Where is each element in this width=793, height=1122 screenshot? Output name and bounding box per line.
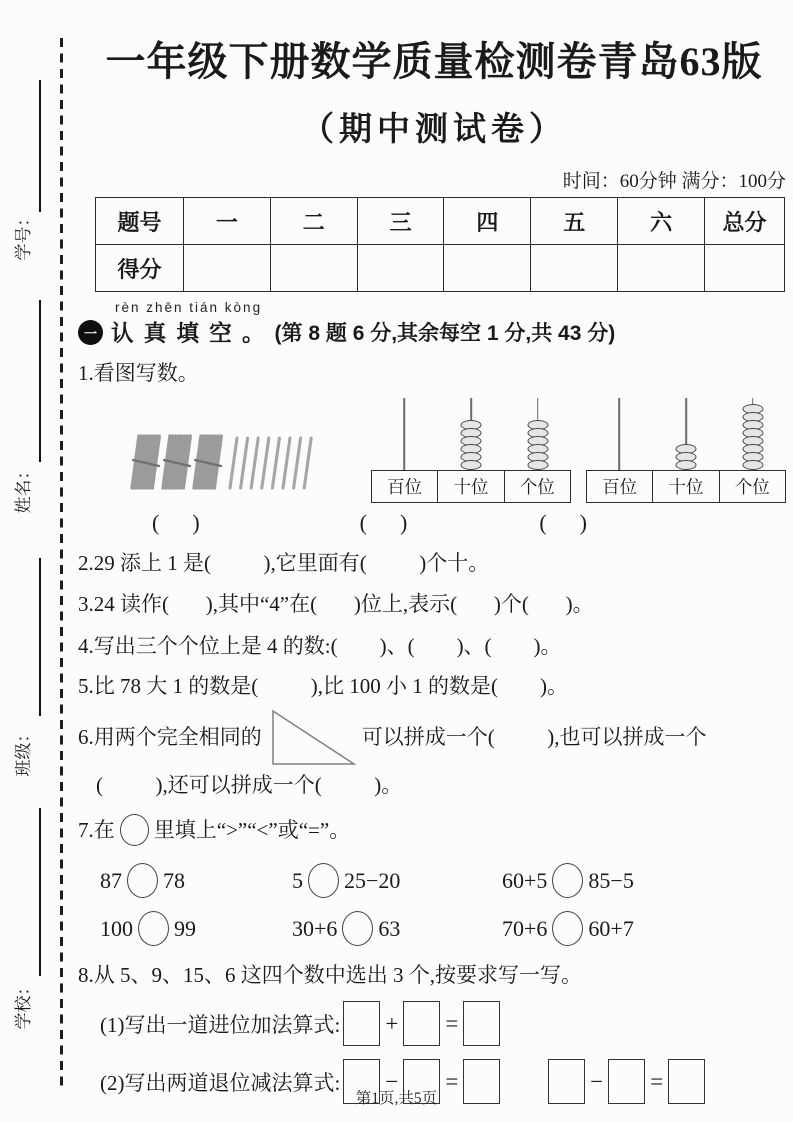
question-5-text: 5.比 78 大 1 的数是( ),比 100 小 1 的数是( )。 [78, 674, 790, 699]
comparison-item: 10099 [100, 911, 292, 946]
compare-circle[interactable] [342, 911, 373, 946]
score-entry-cell[interactable] [357, 245, 444, 292]
question-6-line-1: 6.用两个完全相同的 可以拼成一个( ),也可以拼成一个 [78, 707, 790, 769]
score-table: 题号一二三四五六总分得分 [95, 197, 785, 292]
score-entry-cell[interactable] [531, 245, 618, 292]
abacus-figure-2: 百位十位个位 [586, 398, 786, 503]
question-2-text: 2.29 添上 1 是( ),它里面有( )个十。 [78, 551, 790, 576]
comparison-right-value: 25−20 [344, 868, 400, 894]
comparison-item: 30+663 [292, 911, 502, 946]
comparison-left-value: 30+6 [292, 916, 337, 942]
score-table-column-header: 总分 [705, 198, 785, 245]
comparison-right-value: 85−5 [588, 868, 633, 894]
comparison-left-value: 5 [292, 868, 303, 894]
comparison-item: 525−20 [292, 863, 502, 898]
question-7-tail: 里填上“>”“<”或“=”。 [154, 818, 350, 843]
abacus-rod-tens [653, 398, 720, 470]
score-table-column-header: 四 [444, 198, 531, 245]
paper-subtitle: （期中测试卷） [78, 103, 790, 150]
school-label: 学校： [13, 967, 35, 1041]
abacus-rod-hundreds [586, 398, 653, 470]
margin-dashed-divider [60, 38, 63, 1090]
question-8-sub-1: (1)写出一道进位加法算式: += [100, 1001, 790, 1046]
page-number: 第1页,共5页 [0, 1086, 793, 1108]
abacus-place-label: 个位 [719, 471, 785, 502]
question-6-line-2: ( ),还可以拼成一个( )。 [96, 773, 790, 798]
abacus-rod-tens [438, 398, 505, 470]
class-blank-line[interactable] [39, 558, 41, 716]
name-label: 姓名： [13, 451, 35, 525]
paper-title: 一年级下册数学质量检测卷青岛63版 [78, 30, 790, 87]
time-and-score-info: 时间：60分钟 满分：100分 [78, 166, 790, 193]
section-1-score-note: (第 8 题 6 分,其余每空 1 分,共 43 分) [275, 317, 616, 347]
comparison-item: 70+660+7 [502, 911, 790, 946]
score-entry-cell[interactable] [270, 245, 357, 292]
comparison-left-value: 87 [100, 868, 122, 894]
comparison-right-value: 78 [163, 868, 185, 894]
compare-circle [120, 814, 149, 846]
triangle-icon [266, 707, 358, 769]
score-table-corner: 题号 [96, 198, 184, 245]
abacus-rod-line [404, 398, 406, 470]
question-1-answer-blanks: ( ) ( ) ( ) [78, 510, 790, 536]
comparison-left-value: 70+6 [502, 916, 547, 942]
answer-blank[interactable]: ( ) [152, 510, 200, 536]
abacus-rod-ones [504, 398, 571, 470]
comparison-right-value: 99 [174, 916, 196, 942]
sticks-icon [128, 426, 314, 498]
abacus-place-label: 个位 [504, 471, 570, 502]
score-table-column-header: 六 [618, 198, 705, 245]
score-entry-cell[interactable] [705, 245, 785, 292]
stick-bundles-figure [128, 426, 314, 503]
score-entry-cell[interactable] [184, 245, 271, 292]
question-1-text: 1.看图写数。 [78, 361, 790, 386]
compare-circle[interactable] [552, 863, 583, 898]
student-id-label: 学号： [13, 198, 35, 272]
score-entry-cell[interactable] [618, 245, 705, 292]
comparison-item: 60+585−5 [502, 863, 790, 898]
score-table-column-header: 三 [357, 198, 444, 245]
question-3-text: 3.24 读作( ),其中“4”在( )位上,表示( )个( )。 [78, 592, 790, 617]
compare-circle[interactable] [552, 911, 583, 946]
answer-box[interactable] [403, 1001, 440, 1046]
abacus-rod-hundreds [371, 398, 438, 470]
section-number-icon: 一 [78, 320, 103, 345]
class-label: 班级： [13, 714, 35, 788]
name-blank-line[interactable] [39, 300, 41, 462]
abacus-place-label: 十位 [652, 471, 718, 502]
comparison-item: 8778 [100, 863, 292, 898]
score-table-column-header: 五 [531, 198, 618, 245]
plus-sign: + [385, 1011, 398, 1037]
abacus-bead [460, 460, 481, 470]
abacus-place-label: 十位 [437, 471, 503, 502]
question-7-text: 7.在 里填上“>”“<”或“=”。 [78, 814, 790, 846]
paper-main-column: 一年级下册数学质量检测卷青岛63版 （期中测试卷） 时间：60分钟 满分：100… [78, 0, 790, 1104]
score-row-label: 得分 [96, 245, 184, 292]
question-8-sub-1-label: (1)写出一道进位加法算式: [100, 1009, 340, 1039]
question-8-text: 8.从 5、9、15、6 这四个数中选出 3 个,按要求写一写。 [78, 963, 790, 988]
question-4-text: 4.写出三个个位上是 4 的数:( )、( )、( )。 [78, 634, 790, 659]
abacus-place-label: 百位 [372, 471, 437, 502]
comparison-right-value: 60+7 [588, 916, 633, 942]
answer-blank[interactable]: ( ) [360, 510, 408, 536]
question-7-comparison-grid: 8778525−2060+585−51009930+66370+660+7 [100, 863, 790, 946]
abacus-rod-ones [719, 398, 786, 470]
answer-box[interactable] [463, 1001, 500, 1046]
abacus-figure-1: 百位十位个位 [371, 398, 571, 503]
comparison-right-value: 63 [378, 916, 400, 942]
abacus-bead [527, 460, 548, 470]
section-1-header: rèn zhēn tián kòng 一 认 真 填 空 。 (第 8 题 6 … [78, 300, 790, 348]
section-1-title: 认 真 填 空 。 [111, 316, 267, 348]
abacus-bead [675, 460, 696, 470]
abacus-rod-line [619, 398, 621, 470]
question-6-after-shape: 可以拼成一个( ),也可以拼成一个 [362, 725, 707, 750]
question-6-lead: 6.用两个完全相同的 [78, 725, 262, 750]
equals-sign: = [445, 1011, 458, 1037]
question-7-lead: 7.在 [78, 818, 115, 843]
abacus-bead [742, 460, 763, 470]
comparison-left-value: 60+5 [502, 868, 547, 894]
answer-blank[interactable]: ( ) [539, 510, 587, 536]
score-entry-cell[interactable] [444, 245, 531, 292]
score-table-column-header: 一 [184, 198, 271, 245]
comparison-left-value: 100 [100, 916, 133, 942]
compare-circle[interactable] [127, 863, 158, 898]
student-id-blank-line[interactable] [39, 80, 41, 212]
score-table-column-header: 二 [270, 198, 357, 245]
question-1-figures: 百位十位个位 百位十位个位 [78, 398, 790, 503]
compare-circle[interactable] [308, 863, 339, 898]
section-1-pinyin: rèn zhēn tián kòng [115, 300, 790, 315]
compare-circle[interactable] [138, 911, 169, 946]
abacus-place-label: 百位 [587, 471, 652, 502]
school-blank-line[interactable] [39, 808, 41, 976]
answer-box[interactable] [343, 1001, 380, 1046]
